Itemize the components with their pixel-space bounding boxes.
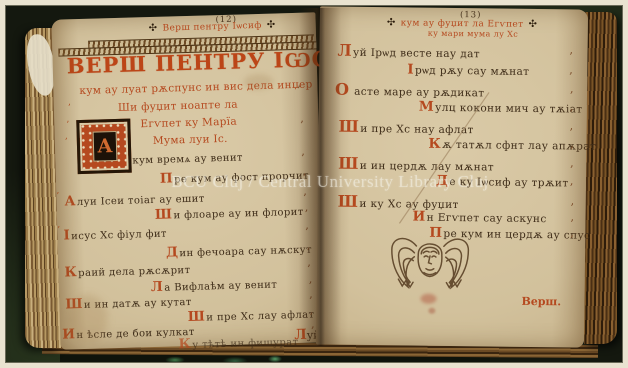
running-title-right-2: ку мари мума лу Хс xyxy=(428,29,519,39)
virgule-mark: , xyxy=(303,185,307,198)
virgule-mark: , xyxy=(570,226,574,239)
chapter-title: ВЕРШ ПЕНТРУ ІѠСИФ xyxy=(66,46,319,79)
verse-line: О асте маре ау рѫдикат xyxy=(335,80,485,101)
virgule-mark: , xyxy=(311,318,315,331)
verse-line: Ши ин цердѫ лау мѫнат xyxy=(338,154,494,175)
paper-stain xyxy=(243,74,273,91)
verse-line: Пре кум ау фост прорчит xyxy=(160,167,309,187)
cross-ornament-icon: ✣ xyxy=(387,17,396,28)
virgule-mark: , xyxy=(301,145,305,158)
verse-line: Кѫ татѫл сфнт лау апѫрат xyxy=(428,136,596,154)
virgule-mark: , xyxy=(570,82,574,95)
virgule-mark: , xyxy=(305,219,309,232)
angel-face-drawing xyxy=(380,231,479,302)
page-number-right: (13) xyxy=(460,10,482,20)
virgule-mark: , xyxy=(307,256,311,269)
verse-line: Ши пре Хс нау афлат xyxy=(338,117,473,138)
verse-line: кум времѧ ау венит xyxy=(131,148,243,167)
intro-line: Егѵпет ку Марїа xyxy=(140,116,237,131)
margin-tick: ’ xyxy=(68,103,71,113)
verse-line: Ши ин датѫ ау кутат xyxy=(65,293,192,313)
paper-stain xyxy=(67,294,108,343)
verse-line: Алуи Ісеи тоіаг ау ешит xyxy=(64,190,205,210)
right-page: (13) ✣кум ау фуџит ла Егѵпет✣ ку мари му… xyxy=(316,6,588,347)
left-page: (12) ✣Верш пентру Іѡсиф✣ ВЕРШ ПЕНТРУ ІѠС… xyxy=(51,12,324,349)
running-title-left: ✣Верш пентру Іѡсиф✣ xyxy=(144,19,281,34)
scratch-line xyxy=(395,87,493,228)
virgule-mark: , xyxy=(570,156,574,169)
virgule-mark: , xyxy=(309,304,313,317)
margin-tick: ’ xyxy=(65,137,68,147)
intro-line: Ши фуџит ноапте ла xyxy=(118,99,238,114)
cross-ornament-icon: ✣ xyxy=(149,23,158,34)
verse-line: Ку тѣтѣ ин фишурат xyxy=(178,333,298,352)
decorated-initial-letter: А xyxy=(93,131,118,162)
braid-border-lower xyxy=(58,41,316,56)
right-wing xyxy=(443,239,468,288)
virgule-mark: , xyxy=(309,273,313,286)
virgule-mark: , xyxy=(570,210,574,223)
verse-line: Ірѡд рѫу сау мѫнат xyxy=(407,61,529,78)
virgule-mark: , xyxy=(297,77,301,90)
ink-smudge xyxy=(428,308,435,314)
virgule-mark: , xyxy=(309,288,313,301)
braid-border-upper xyxy=(88,34,314,48)
virgule-mark: , xyxy=(569,63,573,76)
virgule-mark: , xyxy=(570,137,574,150)
manuscript-photo: (12) ✣Верш пентру Іѡсиф✣ ВЕРШ ПЕНТРУ ІѠС… xyxy=(0,0,628,368)
verse-line: Ши пре Хс лау афлат xyxy=(188,306,315,326)
verse-line: Де ку Іѡсиф ау трѫит xyxy=(436,173,569,191)
running-title-left-text: Верш пентру Іѡсиф xyxy=(162,21,262,34)
virgule-mark: , xyxy=(570,119,574,132)
verse-line: Ин ѣсле де бои кулкат xyxy=(62,323,195,343)
margin-tick: ’ xyxy=(57,226,60,236)
virgule-mark: , xyxy=(305,201,309,214)
verse-line: Іисус Хс фіул фит xyxy=(63,225,167,244)
book-page-edges-right xyxy=(584,12,617,344)
virgule-mark: , xyxy=(569,43,573,56)
verse-line: Краий дела рѫсѫрит xyxy=(64,261,190,281)
intro-line: кум ау луат рѫспунс ин вис дела инџер xyxy=(79,78,313,97)
verse-line: Ши флоаре ау ин флорит xyxy=(155,203,304,223)
page-number-left: (12) xyxy=(215,15,237,26)
margin-tick: ’ xyxy=(56,192,59,202)
virgule-mark: , xyxy=(570,100,574,113)
verse-line: Дин фечоара сау нѫскут xyxy=(166,241,312,261)
verse-line: Мулц кокони мич ау тѫіат xyxy=(419,99,583,117)
running-title-right-1: ✣кум ау фуџит ла Егѵпет✣ xyxy=(382,17,543,30)
decorated-initial-block: А xyxy=(76,119,131,174)
verse-line: Пре кум ин цердѫ ау спус xyxy=(429,225,590,243)
intro-line: Мума луи Іс. xyxy=(153,133,228,147)
ink-smudge xyxy=(420,294,436,304)
virgule-mark: , xyxy=(300,112,304,125)
verse-line: Ин Егѵпет сау аскунс xyxy=(412,209,546,227)
cross-ornament-icon: ✣ xyxy=(267,19,276,30)
catchword-right: Верш. xyxy=(521,295,561,308)
cross-ornament-icon: ✣ xyxy=(528,19,537,30)
left-wing xyxy=(391,238,416,287)
running-title-right-text-1: кум ау фуџит ла Егѵпет xyxy=(401,18,524,29)
virgule-mark: , xyxy=(307,239,311,252)
verse-line: Ши ку Хс ау фуџит xyxy=(338,192,459,212)
verse-line: Луй Ірѡд весте нау дат xyxy=(337,41,480,62)
margin-tick: ’ xyxy=(66,120,69,130)
virgule-mark: , xyxy=(571,194,575,207)
virgule-mark: , xyxy=(570,174,574,187)
virgule-mark: , xyxy=(303,165,307,178)
verse-line: Ла Вифлаѣм ау венит xyxy=(151,276,278,296)
face xyxy=(418,244,442,277)
